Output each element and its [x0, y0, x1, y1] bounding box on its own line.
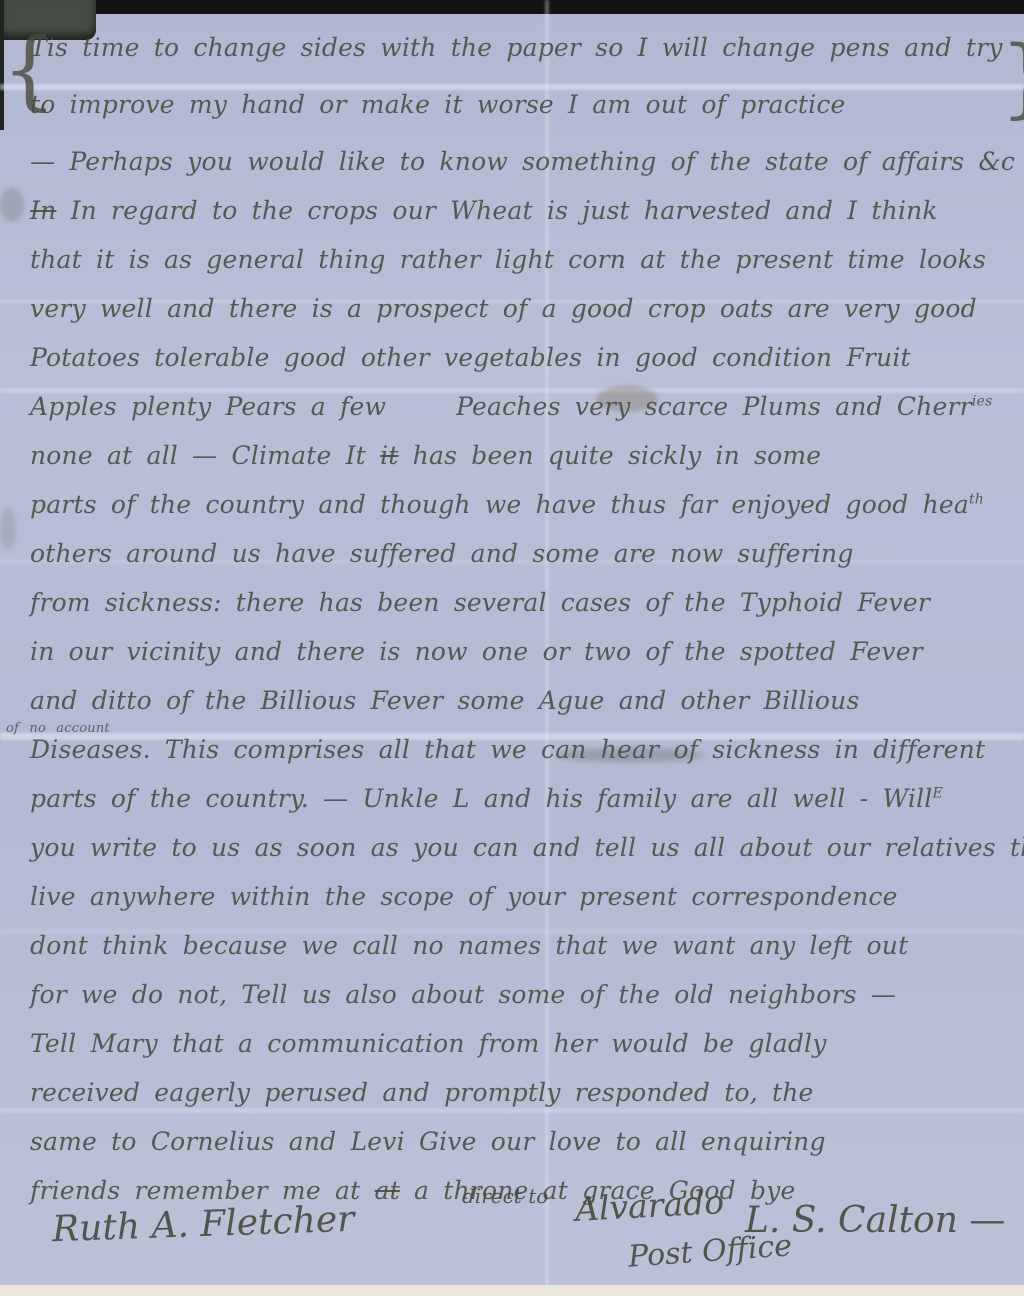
letter-line: dont think because we call no names that… [0, 924, 1024, 973]
letter-text: Peaches very scarce Plums and Cherr [456, 392, 972, 421]
letter-text: ies [972, 394, 993, 410]
letter-text: none at all — Climate It [30, 441, 380, 470]
letter-text: that it is as general thing rather light… [30, 245, 986, 274]
letter-text: and ditto of the Billious Fever some Agu… [30, 686, 859, 715]
post-office-note: Post Office [627, 1228, 793, 1274]
letter-text: parts of the country and though we have … [30, 490, 969, 519]
letter-text: others around us have suffered and some … [30, 539, 854, 568]
letter-text: th [969, 492, 984, 508]
letter-text: In [30, 196, 56, 225]
letter-text: In regard to the crops our Wheat is just… [56, 196, 937, 225]
letter-text: you write to us as soon as you can and t… [30, 833, 1024, 862]
letter-line: that it is as general thing rather light… [0, 238, 1024, 287]
letter-text: very well and there is a prospect of a g… [30, 294, 977, 323]
letter-line: from sickness: there has been several ca… [0, 581, 1024, 630]
letter-text: — Perhaps you would like to know somethi… [30, 147, 1015, 176]
letter-text: Diseases. This comprises all that we can… [30, 735, 985, 764]
letter-line: very well and there is a prospect of a g… [0, 287, 1024, 336]
letter-text: in our vicinity and there is now one or … [30, 637, 923, 666]
signature-name: Ruth A. Fletcher [51, 1199, 355, 1251]
letter-line: to improve my hand or make it worse I am… [0, 83, 1024, 140]
letter-line: you write to us as soon as you can and t… [0, 826, 1024, 875]
letter-text: Apples plenty Pears a few [30, 392, 386, 421]
letter-line: others around us have suffered and some … [0, 532, 1024, 581]
letter-text: parts of the country. — Unkle L and his … [30, 784, 933, 813]
letter-line: Potatoes tolerable good other vegetables… [0, 336, 1024, 385]
scan-top-edge [0, 0, 1024, 14]
direction-note: direct to [462, 1184, 548, 1208]
letter-text: from sickness: there has been several ca… [30, 588, 930, 617]
letter-text: Potatoes tolerable good other vegetables… [30, 343, 911, 372]
letter-text: it [380, 441, 398, 470]
letter-line: Apples plenty Pears a fewPeaches very sc… [0, 385, 1024, 434]
letter-line: — Perhaps you would like to know somethi… [0, 140, 1024, 189]
direction-place: Alvarado [574, 1182, 725, 1229]
letter-text: Tis time to change sides with the paper … [30, 33, 1003, 62]
letter-text: to improve my hand or make it worse I am… [30, 90, 846, 119]
letter-text: Tell Mary that a communication from her … [30, 1029, 827, 1058]
letter-line: Tell Mary that a communication from her … [0, 1022, 1024, 1071]
letter-text: same to Cornelius and Levi Give our love… [30, 1127, 826, 1156]
letter-text: dont think because we call no names that… [30, 931, 908, 960]
letter-line: for we do not, Tell us also about some o… [0, 973, 1024, 1022]
letter-body: Tis time to change sides with the paper … [0, 26, 1024, 1218]
letter-line: of no accountDiseases. This comprises al… [0, 728, 1024, 777]
letter-line: and ditto of the Billious Fever some Agu… [0, 679, 1024, 728]
letter-text: live anywhere within the scope of your p… [30, 882, 898, 911]
letter-line: parts of the country and though we have … [0, 483, 1024, 532]
letter-text: has been quite sickly in some [399, 441, 822, 470]
letter-line: live anywhere within the scope of your p… [0, 875, 1024, 924]
letter-text: received eagerly perused and promptly re… [30, 1078, 814, 1107]
letter-line: received eagerly perused and promptly re… [0, 1071, 1024, 1120]
letter-line: none at all — Climate It it has been qui… [0, 434, 1024, 483]
letter-line: same to Cornelius and Levi Give our love… [0, 1120, 1024, 1169]
letter-line: Tis time to change sides with the paper … [0, 26, 1024, 83]
interline-note: of no account [6, 722, 110, 735]
letter-text: for we do not, Tell us also about some o… [30, 980, 896, 1009]
letter-line: parts of the country. — Unkle L and his … [0, 777, 1024, 826]
letter-page: { "letter": { "paper_color": "#b6bcd3", … [0, 0, 1024, 1296]
letter-text: E [933, 786, 943, 802]
letter-line: in our vicinity and there is now one or … [0, 630, 1024, 679]
signature-block: Ruth A. Fletcher direct to Alvarado L. S… [0, 1178, 1024, 1288]
letter-line: In In regard to the crops our Wheat is j… [0, 189, 1024, 238]
